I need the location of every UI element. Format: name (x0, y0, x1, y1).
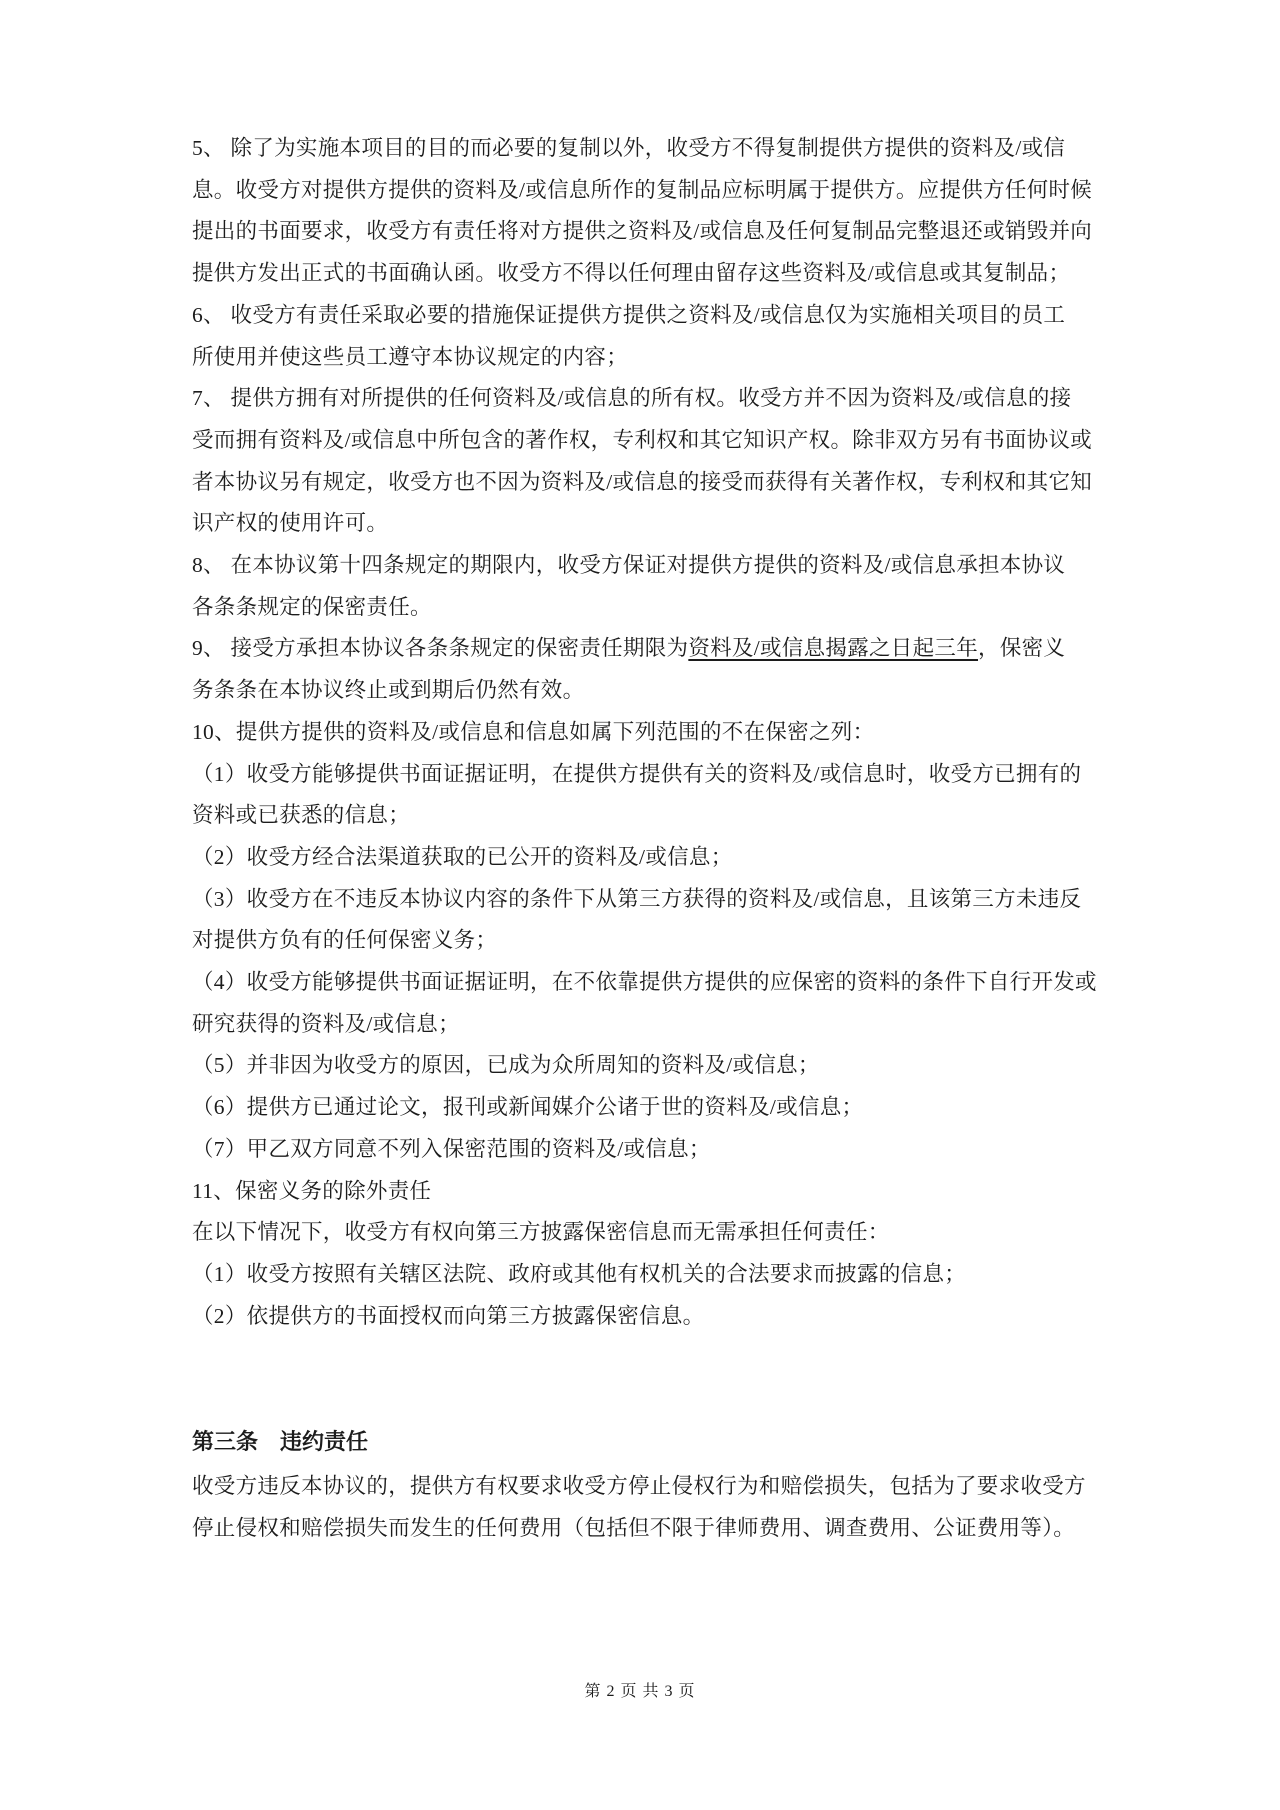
body-line: （7）甲乙双方同意不列入保密范围的资料及/或信息； (192, 1129, 1192, 1171)
clauses-block: 5、 除了为实施本项目的目的而必要的复制以外，收受方不得复制提供方提供的资料及/… (192, 128, 1192, 1337)
body-line: 11、保密义务的除外责任 (192, 1171, 1192, 1213)
body-line: （5）并非因为收受方的原因，已成为众所周知的资料及/或信息； (192, 1045, 1192, 1087)
section-heading-article3: 第三条 违约责任 (192, 1421, 1192, 1463)
body-line: 9、 接受方承担本协议各条条规定的保密责任期限为资料及/或信息揭露之日起三年，保… (192, 628, 1192, 670)
body-line: 7、 提供方拥有对所提供的任何资料及/或信息的所有权。收受方并不因为资料及/或信… (192, 378, 1192, 420)
body-line: （2）依提供方的书面授权而向第三方披露保密信息。 (192, 1296, 1192, 1338)
body-line: （2）收受方经合法渠道获取的已公开的资料及/或信息； (192, 837, 1192, 879)
body-line: 息。收受方对提供方提供的资料及/或信息所作的复制品应标明属于提供方。应提供方任何… (192, 170, 1192, 212)
body-line: 提出的书面要求，收受方有责任将对方提供之资料及/或信息及任何复制品完整退还或销毁… (192, 211, 1192, 253)
body-line: （3）收受方在不违反本协议内容的条件下从第三方获得的资料及/或信息，且该第三方未… (192, 879, 1192, 921)
page-number-footer: 第 2 页 共 3 页 (0, 1677, 1280, 1707)
body-line: 受而拥有资料及/或信息中所包含的著作权，专利权和其它知识产权。除非双方另有书面协… (192, 420, 1192, 462)
body-line: 研究获得的资料及/或信息； (192, 1004, 1192, 1046)
body-line: 8、 在本协议第十四条规定的期限内，收受方保证对提供方提供的资料及/或信息承担本… (192, 545, 1192, 587)
body-line: 5、 除了为实施本项目的目的而必要的复制以外，收受方不得复制提供方提供的资料及/… (192, 128, 1192, 170)
body-line: 6、 收受方有责任采取必要的措施保证提供方提供之资料及/或信息仅为实施相关项目的… (192, 295, 1192, 337)
document-page: 5、 除了为实施本项目的目的而必要的复制以外，收受方不得复制提供方提供的资料及/… (0, 0, 1280, 1810)
body-line: （1）收受方按照有关辖区法院、政府或其他有权机关的合法要求而披露的信息； (192, 1254, 1192, 1296)
body-line: 资料或已获悉的信息； (192, 795, 1192, 837)
body-line: （6）提供方已通过论文，报刊或新闻媒介公诸于世的资料及/或信息； (192, 1087, 1192, 1129)
body-line: 者本协议另有规定，收受方也不因为资料及/或信息的接受而获得有关著作权，专利权和其… (192, 462, 1192, 504)
line-segment: ，保密义 (978, 636, 1065, 660)
body-line: 在以下情况下，收受方有权向第三方披露保密信息而无需承担任何责任： (192, 1212, 1192, 1254)
body-line: 所使用并使这些员工遵守本协议规定的内容； (192, 337, 1192, 379)
body-line: （1）收受方能够提供书面证据证明，在提供方提供有关的资料及/或信息时，收受方已拥… (192, 754, 1192, 796)
body-line: 识产权的使用许可。 (192, 503, 1192, 545)
body-line: 对提供方负有的任何保密义务； (192, 920, 1192, 962)
body-line: 各条条规定的保密责任。 (192, 587, 1192, 629)
underlined-term: 资料及/或信息揭露之日起三年 (688, 636, 978, 660)
body-line: （4）收受方能够提供书面证据证明，在不依靠提供方提供的应保密的资料的条件下自行开… (192, 962, 1192, 1004)
document-body: 5、 除了为实施本项目的目的而必要的复制以外，收受方不得复制提供方提供的资料及/… (192, 128, 1192, 1550)
body-line: 停止侵权和赔偿损失而发生的任何费用（包括但不限于律师费用、调查费用、公证费用等）… (192, 1508, 1192, 1550)
body-line: 10、提供方提供的资料及/或信息和信息如属下列范围的不在保密之列： (192, 712, 1192, 754)
body-line: 收受方违反本协议的，提供方有权要求收受方停止侵权行为和赔偿损失，包括为了要求收受… (192, 1466, 1192, 1508)
line-segment: 9、 接受方承担本协议各条条规定的保密责任期限为 (192, 636, 688, 660)
body-line: 提供方发出正式的书面确认函。收受方不得以任何理由留存这些资料及/或信息或其复制品… (192, 253, 1192, 295)
article3-block: 收受方违反本协议的，提供方有权要求收受方停止侵权行为和赔偿损失，包括为了要求收受… (192, 1466, 1192, 1549)
body-line: 务条条在本协议终止或到期后仍然有效。 (192, 670, 1192, 712)
